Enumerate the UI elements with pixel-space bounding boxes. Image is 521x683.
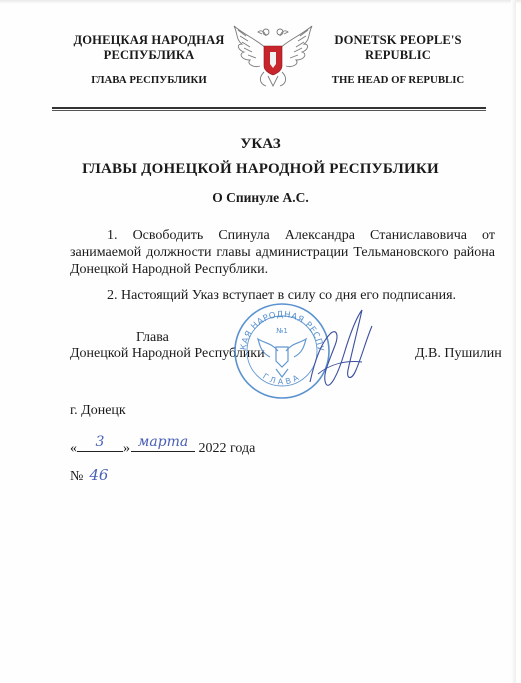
header-left-title-line1: ДОНЕЦКАЯ НАРОДНАЯ (64, 33, 234, 48)
date-month-handwritten: марта (131, 434, 195, 450)
svg-text:№1: №1 (276, 327, 288, 335)
header-left-title-line2: РЕСПУБЛИКА (64, 48, 234, 63)
city-label: г. Донецк (70, 403, 126, 419)
date-day-handwritten: 3 (77, 434, 123, 450)
svg-text:ГЛАВА: ГЛАВА (261, 372, 303, 387)
signer-role-line1: Глава (136, 330, 169, 346)
header-right-title-line2: REPUBLIC (328, 48, 468, 63)
document-issuer-title: ГЛАВЫ ДОНЕЦКОЙ НАРОДНОЙ РЕСПУБЛИКИ (0, 161, 521, 178)
date-month-field: марта (131, 437, 195, 452)
header-right-block: DONETSK PEOPLE'S REPUBLIC THE HEAD OF RE… (328, 33, 468, 87)
document-number-line: №46 (70, 466, 108, 485)
date-line: «3»марта 2022 года (70, 437, 255, 457)
handwritten-signature (300, 304, 380, 394)
document-page: ДОНЕЦКАЯ НАРОДНАЯ РЕСПУБЛИКА ГЛАВА РЕСПУ… (0, 0, 516, 683)
header-divider-thin (52, 110, 486, 111)
double-headed-eagle-emblem-icon (228, 20, 318, 90)
page-top-edge (0, 0, 521, 4)
header-right-subtitle: THE HEAD OF REPUBLIC (328, 74, 468, 87)
date-close-quote: » (123, 441, 130, 456)
number-handwritten: 46 (89, 466, 108, 484)
date-year: 2022 года (199, 441, 256, 456)
date-day-field: 3 (77, 437, 123, 452)
document-subject: О Спинуле А.С. (0, 190, 521, 206)
number-label: № (70, 469, 83, 484)
header-right-title-line1: DONETSK PEOPLE'S (328, 33, 468, 48)
header-left-subtitle: ГЛАВА РЕСПУБЛИКИ (64, 74, 234, 87)
signer-name: Д.В. Пушилин (415, 346, 502, 362)
paragraph-1: 1. Освободить Спинула Александра Станисл… (70, 227, 495, 278)
header-divider-thick (52, 107, 486, 109)
document-type-title: УКАЗ (0, 136, 521, 153)
page-right-edge (511, 0, 516, 683)
date-open-quote: « (70, 441, 77, 456)
header-left-block: ДОНЕЦКАЯ НАРОДНАЯ РЕСПУБЛИКА ГЛАВА РЕСПУ… (64, 33, 234, 87)
